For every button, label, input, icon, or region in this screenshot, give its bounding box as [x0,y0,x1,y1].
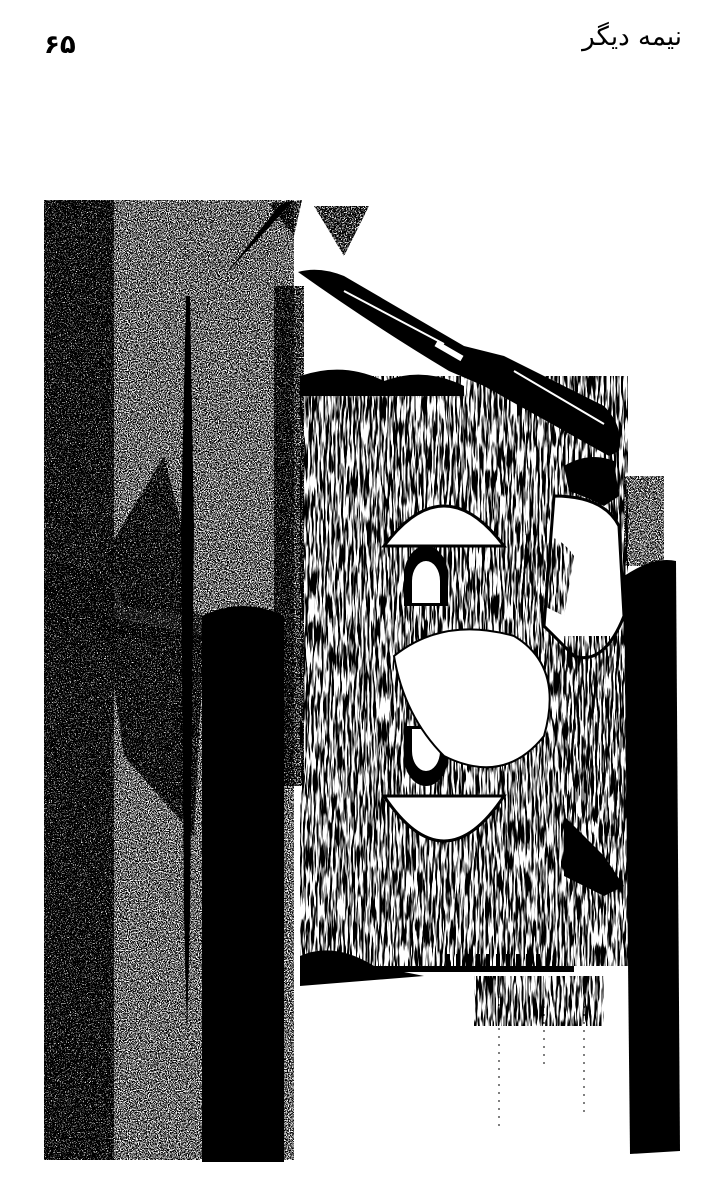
page-number: ۶۵ [44,30,76,60]
collage-illustration [44,196,684,1166]
right-pillar [624,476,680,1154]
left-pillar [202,606,284,1162]
running-title: نیمه دیگر [582,22,682,52]
